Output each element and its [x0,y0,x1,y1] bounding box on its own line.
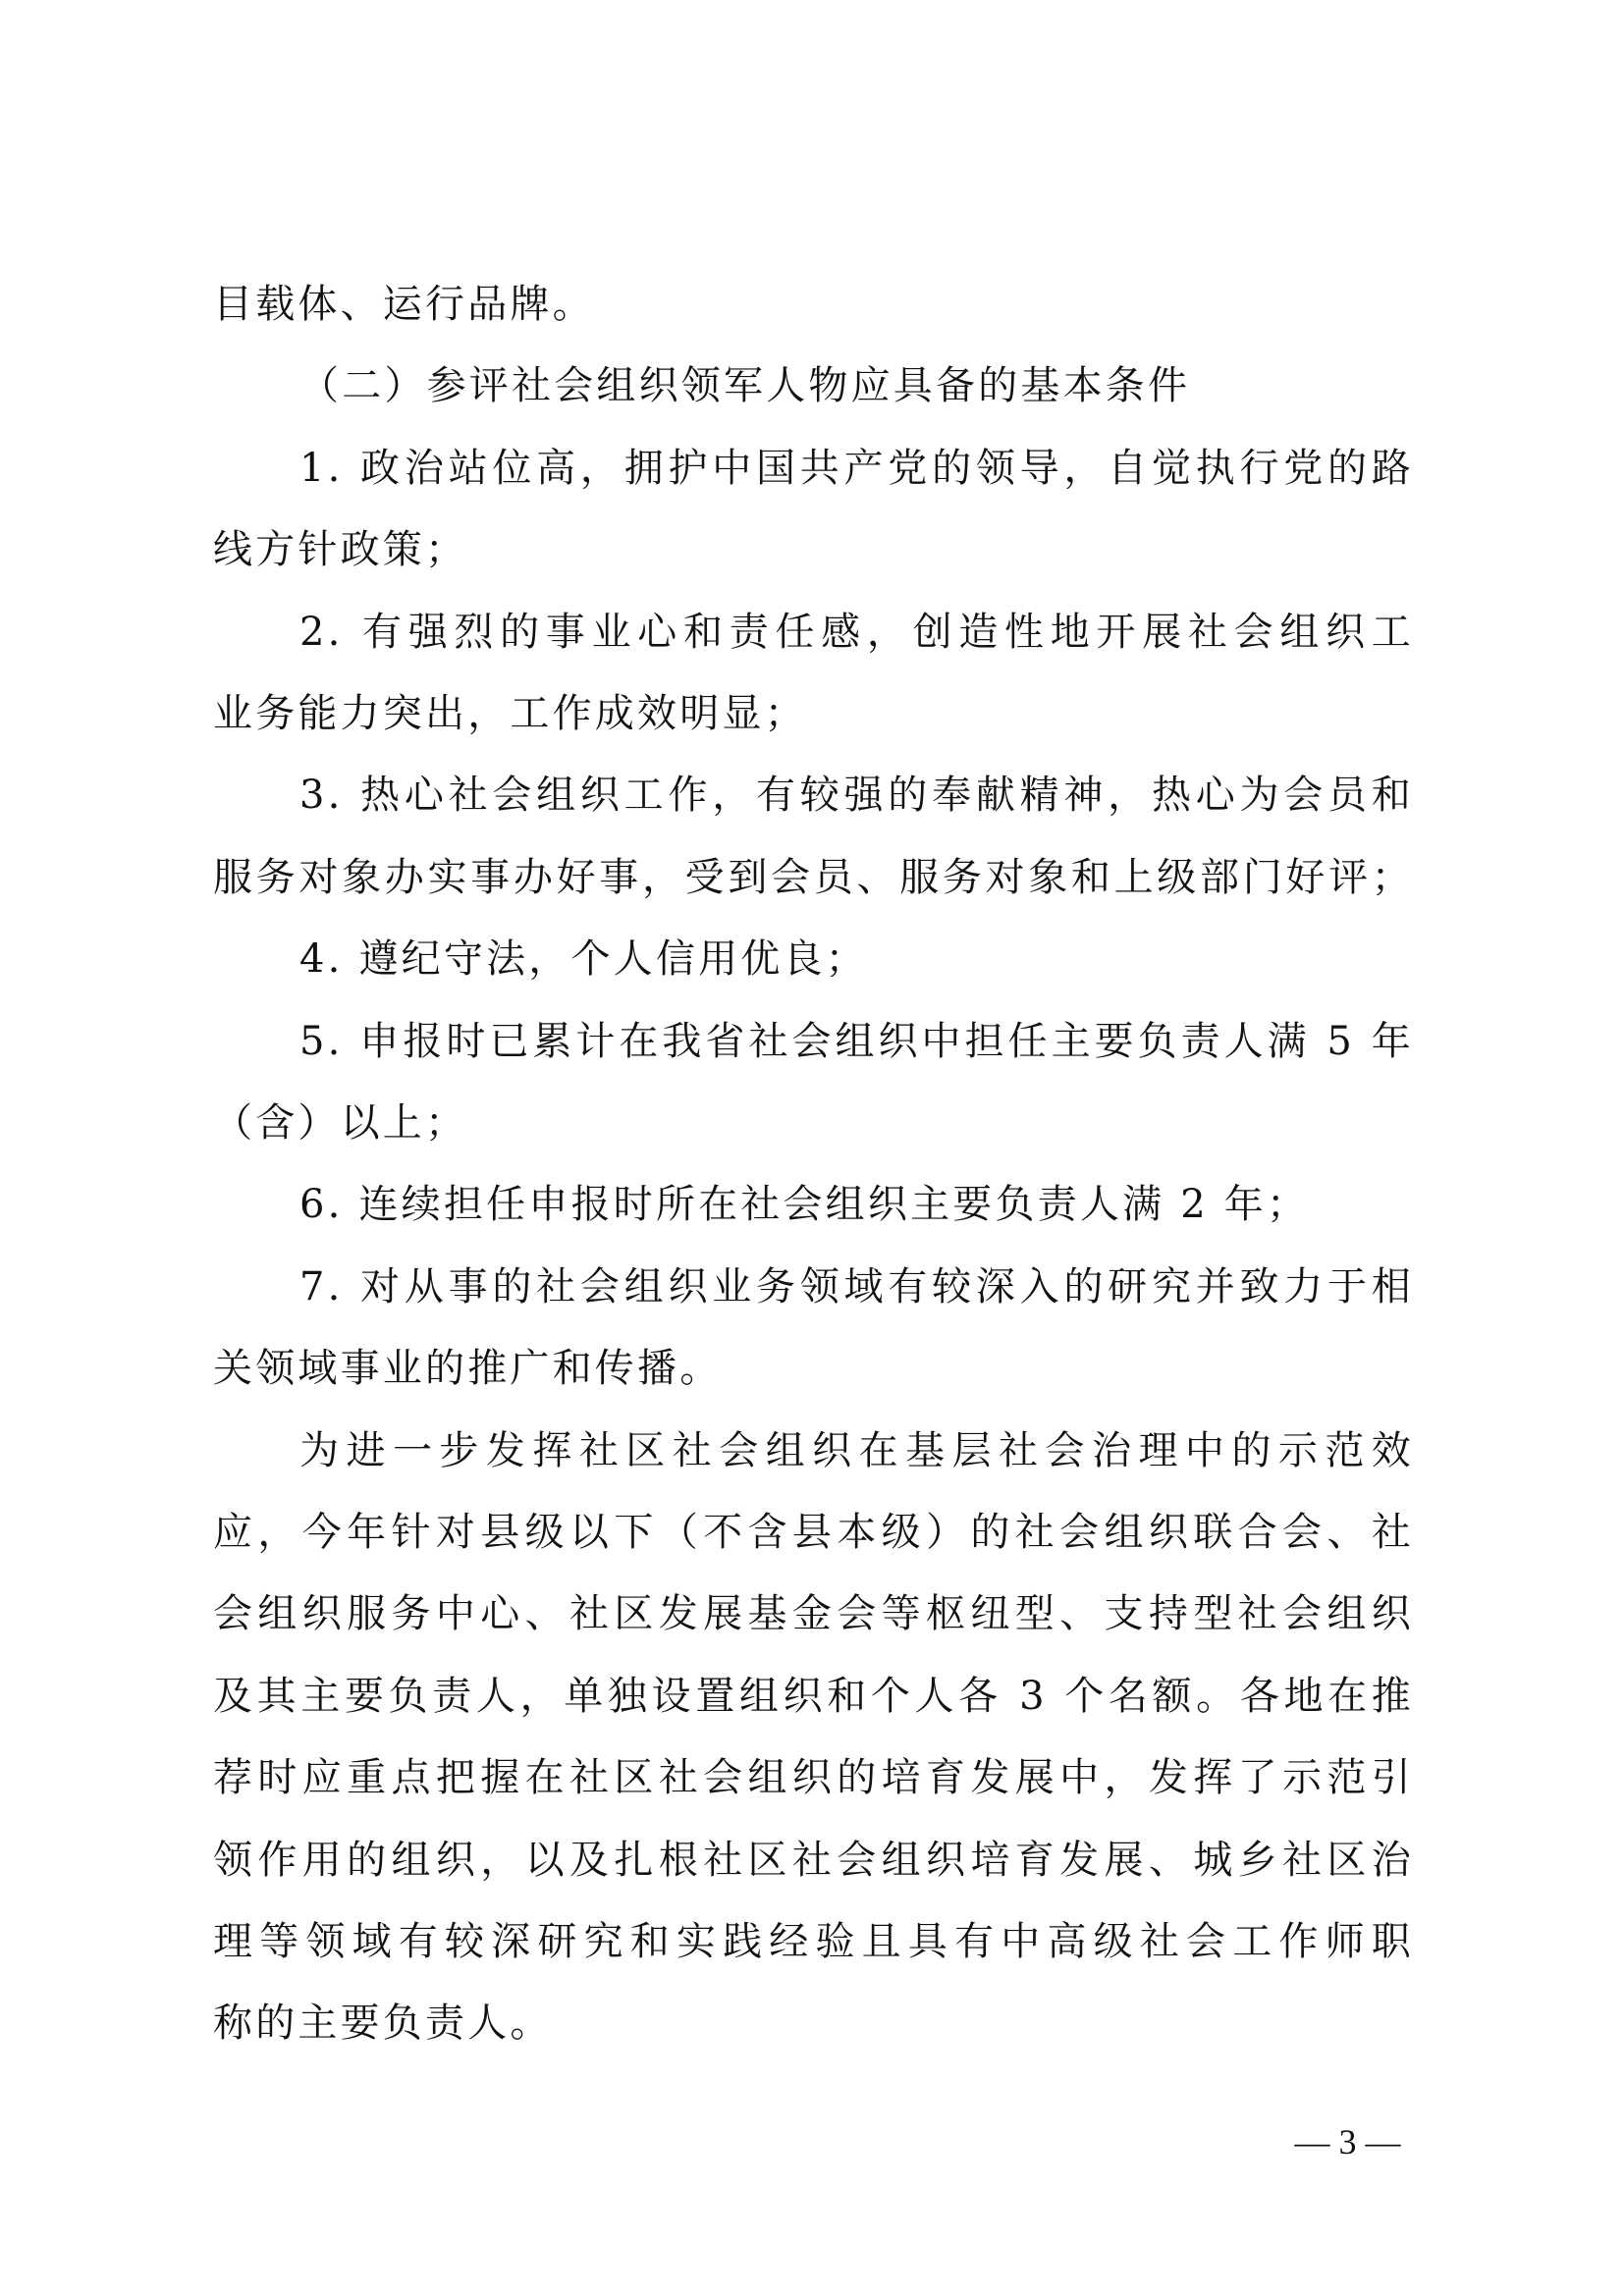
section-heading: （二）参评社会组织领军人物应具备的基本条件 [299,356,1414,415]
text-line: 目载体、运行品牌。 [213,275,1414,334]
text-line: 业务能力突出，工作成效明显； [213,684,1414,743]
text-line: 线方针政策； [213,520,1414,579]
text-line: （含）以上； [213,1094,1414,1152]
list-item-2: 2. 有强烈的事业心和责任感，创造性地开展社会组织工作， [299,603,1414,662]
page-number: — 3 — [1276,2122,1419,2162]
list-item-5: 5. 申报时已累计在我省社会组织中担任主要负责人满 5 年 [299,1012,1414,1071]
document-page: 目载体、运行品牌。 （二）参评社会组织领军人物应具备的基本条件 1. 政治站位高… [0,0,1624,2296]
paragraph-start: 为进一步发挥社区社会组织在基层社会治理中的示范效 [299,1421,1414,1480]
text-line: 会组织服务中心、社区发展基金会等枢纽型、支持型社会组织 [213,1584,1414,1643]
list-item-4: 4. 遵纪守法，个人信用优良； [299,930,1414,988]
list-item-7: 7. 对从事的社会组织业务领域有较深入的研究并致力于相 [299,1257,1414,1316]
list-item-1: 1. 政治站位高，拥护中国共产党的领导，自觉执行党的路 [299,439,1414,498]
text-line: 关领域事业的推广和传播。 [213,1339,1414,1398]
text-line: 称的主要负责人。 [213,1994,1414,2053]
text-line: 荐时应重点把握在社区社会组织的培育发展中，发挥了示范引 [213,1748,1414,1807]
text-line: 服务对象办实事办好事，受到会员、服务对象和上级部门好评； [213,848,1414,907]
list-item-6: 6. 连续担任申报时所在社会组织主要负责人满 2 年； [299,1175,1414,1234]
text-line: 应，今年针对县级以下（不含县本级）的社会组织联合会、社 [213,1503,1414,1562]
text-line: 理等领域有较深研究和实践经验且具有中高级社会工作师职 [213,1912,1414,1971]
text-line: 领作用的组织，以及扎根社区社会组织培育发展、城乡社区治 [213,1831,1414,1890]
text-line: 及其主要负责人，单独设置组织和个人各 3 个名额。各地在推 [213,1667,1414,1726]
list-item-3: 3. 热心社会组织工作，有较强的奉献精神，热心为会员和 [299,766,1414,825]
